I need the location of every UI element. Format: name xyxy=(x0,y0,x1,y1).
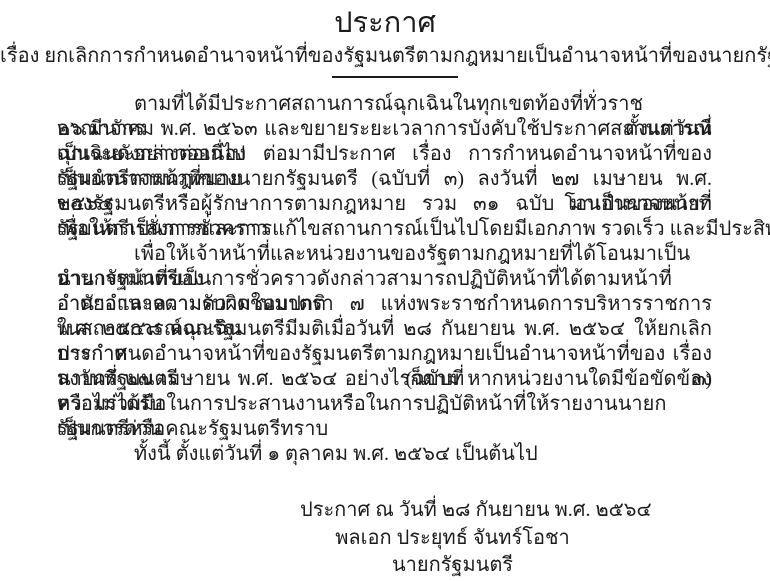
announcement-date: ประกาศ ณ วันที่ ๒๘ กันยายน พ.ศ. ๒๕๖๔ xyxy=(300,497,605,525)
header-divider xyxy=(332,76,458,78)
body-line: เพื่อให้การสั่งการและการแก้ไขสถานการณ์เป… xyxy=(57,217,712,242)
document-page: ประกาศ เรื่อง ยกเลิกการกำหนดอำนาจหน้าที่… xyxy=(0,0,770,581)
body-line: เป็นอำนาจหน้าที่ของนายกรัฐมนตรี (ฉบับที่… xyxy=(57,167,712,192)
signature-block: ประกาศ ณ วันที่ ๒๘ กันยายน พ.ศ. ๒๕๖๔ พลเ… xyxy=(300,497,605,580)
body-line: เป็นการด่วน xyxy=(57,417,712,442)
body-line: เพื่อให้เจ้าหน้าที่และหน่วยงานของรัฐตามก… xyxy=(57,242,712,267)
body-line: เป็นระยะอย่างต่อเนื่อง ต่อมามีประกาศ เรื… xyxy=(57,142,712,167)
body-line: การกำหนดอำนาจหน้าที่ของรัฐมนตรีตามกฎหมาย… xyxy=(57,342,712,367)
body-line: พ.ศ. ๒๕๔๘ คณะรัฐมนตรีมีมติเมื่อวันที่ ๒๘… xyxy=(57,317,712,342)
effective-date-line: ทั้งนี้ ตั้งแต่วันที่ ๑ ตุลาคม พ.ศ. ๒๕๖๔… xyxy=(57,442,712,467)
body-line: อาศัยอำนาจตามความในมาตรา ๗ แห่งพระราชกำห… xyxy=(57,292,712,317)
body-line: นายกรัฐมนตรีเป็นการชั่วคราวดังกล่าวสามาร… xyxy=(57,267,712,292)
signatory-name: พลเอก ประยุทธ์ จันทร์โอชา xyxy=(300,525,605,553)
body-line: ความร่วมมือในการประสานงานหรือในการปฏิบัต… xyxy=(57,392,712,417)
body-paragraph-2: เพื่อให้เจ้าหน้าที่และหน่วยงานของรัฐตามก… xyxy=(57,242,712,442)
body-line: ลงวันที่ ๒๗ เมษายน พ.ศ. ๒๕๖๔ อย่างไรก็ตา… xyxy=(57,367,712,392)
document-subject: เรื่อง ยกเลิกการกำหนดอำนาจหน้าที่ของรัฐม… xyxy=(0,42,770,71)
document-body: ตามที่ได้มีประกาศสถานการณ์ฉุกเฉินในทุกเข… xyxy=(57,92,712,467)
signatory-title: นายกรัฐมนตรี xyxy=(300,552,605,580)
body-line: ตามที่ได้มีประกาศสถานการณ์ฉุกเฉินในทุกเข… xyxy=(57,92,712,117)
body-paragraph-1: ตามที่ได้มีประกาศสถานการณ์ฉุกเฉินในทุกเข… xyxy=(57,92,712,242)
body-line: ของรัฐมนตรีหรือผู้รักษาการตามกฎหมาย รวม … xyxy=(57,192,712,217)
body-paragraph-3: ทั้งนี้ ตั้งแต่วันที่ ๑ ตุลาคม พ.ศ. ๒๕๖๔… xyxy=(57,442,712,467)
body-line: ๒๖ มีนาคม พ.ศ. ๒๕๖๓ และขยายระยะเวลาการบั… xyxy=(57,117,712,142)
document-title: ประกาศ xyxy=(0,5,770,42)
